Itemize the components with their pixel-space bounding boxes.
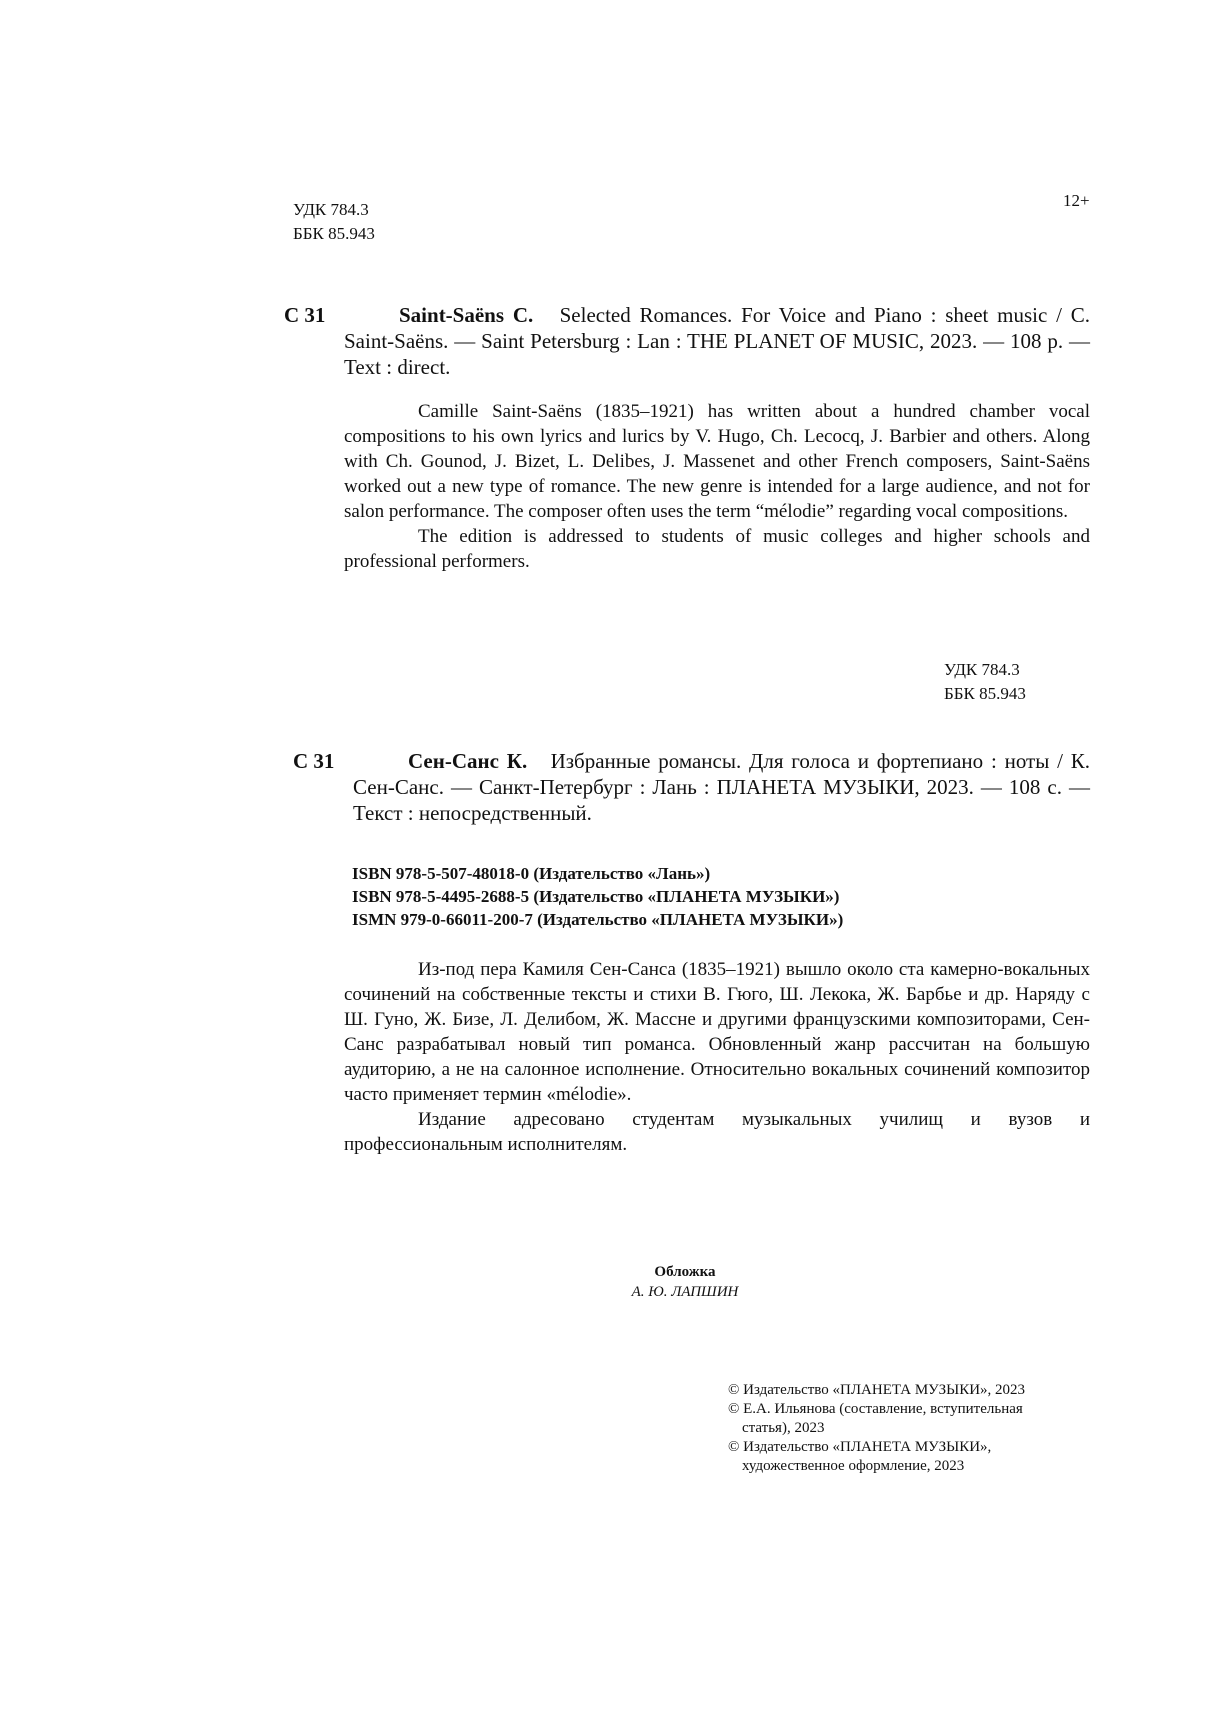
annotation-paragraph: Camille Saint-Saëns (1835–1921) has writ…: [344, 399, 1090, 524]
isbn-block: ISBN 978-5-507-48018-0 (Издательство «Ла…: [352, 862, 843, 931]
author-name: Saint-Saëns C.: [399, 303, 533, 327]
udk-code: УДК 784.3: [944, 658, 1026, 682]
copyright-block: © Издательство «ПЛАНЕТА МУЗЫКИ», 2023 © …: [728, 1381, 1058, 1476]
age-rating: 12+: [1063, 191, 1090, 211]
isbn-line: ISBN 978-5-4495-2688-5 (Издательство «ПЛ…: [352, 885, 843, 908]
classification-codes-russian: УДК 784.3 ББК 85.943: [944, 658, 1026, 706]
entry-text: Saint-Saëns C. Selected Romances. For Vo…: [344, 302, 1090, 380]
annotation-english: Camille Saint-Saëns (1835–1921) has writ…: [344, 399, 1090, 574]
copyright-line: © Е.А. Ильянова (составление, вступитель…: [728, 1400, 1058, 1438]
cover-label: Обложка: [560, 1262, 810, 1282]
bbk-code: ББК 85.943: [944, 682, 1026, 706]
bibliographic-entry-english: С 31 Saint-Saëns C. Selected Romances. F…: [284, 302, 1090, 380]
author-name: Сен-Санс К.: [408, 749, 527, 773]
cover-credit: Обложка А. Ю. ЛАПШИН: [560, 1262, 810, 1302]
annotation-paragraph: Из-под пера Камиля Сен-Санса (1835–1921)…: [344, 957, 1090, 1107]
udk-code: УДК 784.3: [293, 198, 375, 222]
author-mark: С 31: [284, 302, 325, 328]
isbn-line: ISBN 978-5-507-48018-0 (Издательство «Ла…: [352, 862, 843, 885]
ismn-line: ISMN 979-0-66011-200-7 (Издательство «ПЛ…: [352, 908, 843, 931]
bibliographic-entry-russian: С 31 Сен-Санс К. Избранные романсы. Для …: [293, 748, 1090, 826]
entry-text: Сен-Санс К. Избранные романсы. Для голос…: [353, 748, 1090, 826]
classification-codes-top: УДК 784.3 ББК 85.943: [293, 198, 375, 246]
annotation-russian: Из-под пера Камиля Сен-Санса (1835–1921)…: [344, 957, 1090, 1157]
copyright-line: © Издательство «ПЛАНЕТА МУЗЫКИ», 2023: [728, 1381, 1058, 1400]
bbk-code: ББК 85.943: [293, 222, 375, 246]
author-mark: С 31: [293, 748, 334, 774]
annotation-paragraph: The edition is addressed to students of …: [344, 524, 1090, 574]
cover-designer: А. Ю. ЛАПШИН: [560, 1282, 810, 1302]
copyright-line: © Издательство «ПЛАНЕТА МУЗЫКИ», художес…: [728, 1438, 1058, 1476]
annotation-paragraph: Издание адресовано студентам музыкальных…: [344, 1107, 1090, 1157]
